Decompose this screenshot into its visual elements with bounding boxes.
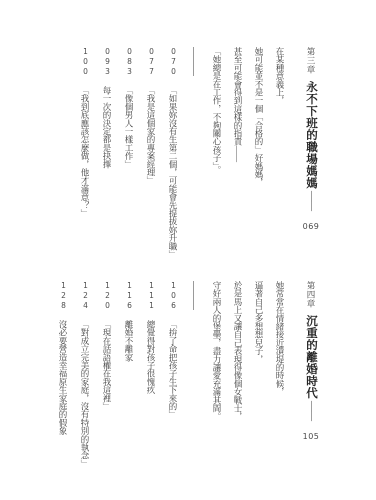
toc-item: 128沒必要營造幸福原生家庭的假象 [52,281,74,461]
toc-item-label: 「像個男人一樣工作」 [124,86,134,168]
toc-item-page: 070 [169,47,178,77]
toc-item-page: 128 [59,281,68,311]
chapter-heading: 第四章沉重的離婚時代——105 [298,281,324,461]
intro-line: 她可能並不是一個「合格的」好媽媽， [248,47,269,269]
toc-item: 083「像個男人一樣工作」 [118,47,140,269]
toc-item-label: 總覺得對孩子很愧疚 [146,320,156,394]
chapter-heading: 第三章永不下班的職場媽媽——069 [298,47,324,269]
chapter-label: 第四章 [306,281,316,308]
toc-item-label: 「如果妳沒有生第二個，可能會先提拔妳升職」 [168,86,178,258]
toc-item-page: 077 [147,47,156,77]
toc-item-page: 120 [103,281,112,311]
intro-line: 逼著自己多想想兒子， [248,281,269,461]
toc-item-label: 沒必要營造幸福原生家庭的假象 [58,320,68,435]
intro-line: 「她總是在工作，不夠關心孩子」。 [206,47,227,269]
chapter-4-section: 第四章沉重的離婚時代——105 她常常在情緒接近潰堤的時候， 逼著自己多想想兒子… [52,281,324,461]
chapter-label: 第三章 [306,47,316,74]
toc-item: 077「我是這個家的專案經理」 [140,47,162,269]
chapter-title: 永不下班的職場媽媽 [305,81,317,189]
toc-item: 100「我到底應該怎麼做，他才滿意？」 [74,47,96,269]
toc-item-page: 083 [125,47,134,77]
intro-line: 於是馬上又讓自己表現得像個女戰士， [227,281,248,461]
intro-line: 她常常在情緒接近潰堤的時候， [269,281,290,461]
toc-item-label: 每一次的決定都是抉擇 [102,86,112,168]
chapter-title: 沉重的離婚時代 [305,315,317,399]
title-dash: —— [306,191,317,211]
toc-item-label: 「我是這個家的專案經理」 [146,86,156,184]
toc-item: 111總覺得對孩子很愧疚 [140,281,162,461]
intro-line: 守好兩人的堡壘，盡力讓愛充滿其間。 [206,281,227,461]
toc-item: 106「拚了命把孩子生下來的」 [162,281,184,461]
intro-line: 甚至可能會得到這樣的指責—— [227,47,248,269]
toc-item: 093每一次的決定都是抉擇 [96,47,118,269]
section-divider-line [193,281,194,310]
chapter-page-number: 105 [303,424,320,450]
chapter-3-section: 第三章永不下班的職場媽媽——069 在某種意義上， 她可能並不是一個「合格的」好… [74,47,324,269]
toc-item: 070「如果妳沒有生第二個，可能會先提拔妳升職」 [162,47,184,269]
chapter-page-number: 069 [303,214,320,240]
toc-item: 116離婚不離家 [118,281,140,461]
toc-item-page: 116 [125,281,134,311]
intro-line: 在某種意義上， [269,47,290,269]
section-divider-line [193,47,194,76]
toc-item-page: 111 [147,281,156,311]
toc-item-page: 106 [169,281,178,311]
toc-item: 124「對成立完美的家庭，沒有特別的執念」 [74,281,96,461]
toc-page: 第三章永不下班的職場媽媽——069 在某種意義上， 她可能並不是一個「合格的」好… [0,0,376,500]
toc-item-label: 「對成立完美的家庭，沒有特別的執念」 [80,320,90,468]
title-dash: —— [306,401,317,421]
toc-item-page: 124 [81,281,90,311]
toc-item-label: 「拚了命把孩子生下來的」 [168,320,178,418]
toc-item-label: 「現在話語權在我這裡」 [102,320,112,410]
toc-item-page: 100 [81,47,90,77]
toc-item: 120「現在話語權在我這裡」 [96,281,118,461]
toc-item-page: 093 [103,47,112,77]
toc-item-label: 離婚不離家 [124,320,134,361]
toc-item-label: 「我到底應該怎麼做，他才滿意？」 [80,86,90,217]
